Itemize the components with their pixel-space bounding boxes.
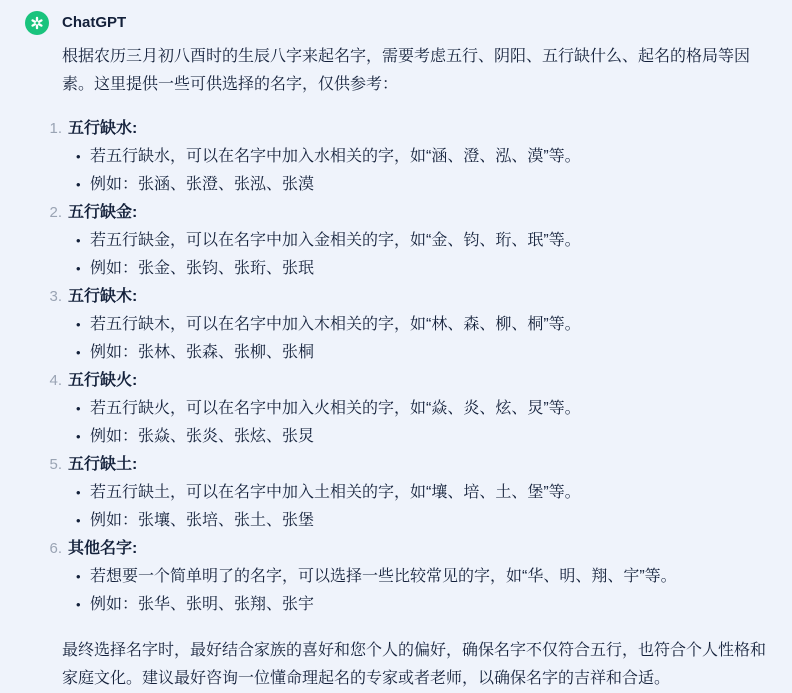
bullet-text: 例如：张金、张钧、张珩、张珉: [62, 255, 770, 283]
item-number: 6.: [47, 535, 62, 563]
message-body: 根据农历三月初八酉时的生辰八字来起名字，需要考虑五行、阴阳、五行缺什么、起名的格…: [62, 43, 770, 693]
outro-paragraph: 最终选择名字时，最好结合家族的喜好和您个人的偏好，确保名字不仅符合五行，也符合个…: [62, 637, 770, 693]
item-number: 4.: [47, 367, 62, 395]
list-item-metal: 2. 五行缺金: 若五行缺金，可以在名字中加入金相关的字，如“金、钧、珩、珉”等…: [62, 199, 770, 283]
list-item-wood: 3. 五行缺木: 若五行缺木，可以在名字中加入木相关的字，如“林、森、柳、桐”等…: [62, 283, 770, 367]
item-title: 五行缺木:: [68, 283, 137, 311]
item-title: 五行缺金:: [68, 199, 137, 227]
item-title: 五行缺水:: [68, 115, 137, 143]
list-item-earth: 5. 五行缺土: 若五行缺土，可以在名字中加入土相关的字，如“壤、培、土、堡”等…: [62, 451, 770, 535]
item-title: 其他名字:: [68, 535, 137, 563]
bullet-text: 若五行缺火，可以在名字中加入火相关的字，如“焱、炎、炫、炅”等。: [62, 395, 770, 423]
bullet-text: 若五行缺金，可以在名字中加入金相关的字，如“金、钧、珩、珉”等。: [62, 227, 770, 255]
bullet-text: 例如：张焱、张炎、张炫、张炅: [62, 423, 770, 451]
bullet-text: 例如：张林、张森、张柳、张桐: [62, 339, 770, 367]
bullet-text: 例如：张壤、张培、张土、张堡: [62, 507, 770, 535]
intro-paragraph: 根据农历三月初八酉时的生辰八字来起名字，需要考虑五行、阴阳、五行缺什么、起名的格…: [62, 43, 770, 99]
bullet-text: 例如：张涵、张澄、张泓、张漠: [62, 171, 770, 199]
list-item-other: 6. 其他名字: 若想要一个简单明了的名字，可以选择一些比较常见的字，如“华、明…: [62, 535, 770, 619]
openai-logo-icon: [29, 15, 45, 31]
list-item-fire: 4. 五行缺火: 若五行缺火，可以在名字中加入火相关的字，如“焱、炎、炫、炅”等…: [62, 367, 770, 451]
bullet-text: 若五行缺木，可以在名字中加入木相关的字，如“林、森、柳、桐”等。: [62, 311, 770, 339]
item-number: 1.: [47, 115, 62, 143]
sender-name: ChatGPT: [62, 11, 126, 35]
assistant-message: ChatGPT 根据农历三月初八酉时的生辰八字来起名字，需要考虑五行、阴阳、五行…: [0, 0, 792, 693]
bullet-text: 若想要一个简单明了的名字，可以选择一些比较常见的字，如“华、明、翔、宇”等。: [62, 563, 770, 591]
item-title: 五行缺土:: [68, 451, 137, 479]
list-item-water: 1. 五行缺水: 若五行缺水，可以在名字中加入水相关的字，如“涵、澄、泓、漠”等…: [62, 115, 770, 199]
item-number: 3.: [47, 283, 62, 311]
bullet-text: 若五行缺土，可以在名字中加入土相关的字，如“壤、培、土、堡”等。: [62, 479, 770, 507]
chatgpt-avatar: [25, 11, 49, 35]
name-suggestions-list: 1. 五行缺水: 若五行缺水，可以在名字中加入水相关的字，如“涵、澄、泓、漠”等…: [62, 115, 770, 619]
item-number: 5.: [47, 451, 62, 479]
item-title: 五行缺火:: [68, 367, 137, 395]
message-header: ChatGPT: [25, 10, 770, 36]
bullet-text: 例如：张华、张明、张翔、张宇: [62, 591, 770, 619]
bullet-text: 若五行缺水，可以在名字中加入水相关的字，如“涵、澄、泓、漠”等。: [62, 143, 770, 171]
item-number: 2.: [47, 199, 62, 227]
